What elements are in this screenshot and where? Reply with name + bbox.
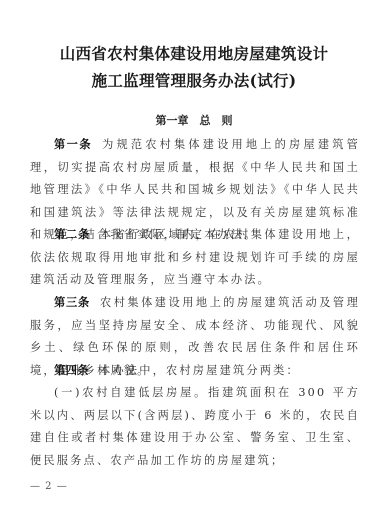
document-title-line-1: 山西省农村集体建设用地房屋建筑设计 bbox=[0, 42, 388, 64]
document-page: 山西省农村集体建设用地房屋建筑设计 施工监理管理服务办法(试行) 第一章 总 则… bbox=[0, 0, 388, 517]
article-4: 第四条本办法中，农村房屋建筑分两类： bbox=[30, 360, 360, 383]
article-3-label: 第三条 bbox=[54, 296, 90, 309]
article-4-item-1: (一)农村自建低层房屋。指建筑面积在 300 平方米以内、两层以下(含两层)、跨… bbox=[30, 382, 360, 472]
article-2: 第二条本省行政区域内，在农村集体建设用地上，依法依规取得用地审批和乡村建设规划许… bbox=[30, 224, 360, 292]
article-4-text: 本办法中，农村房屋建筑分两类： bbox=[99, 364, 300, 377]
page-number: — 2 — bbox=[30, 481, 68, 492]
document-title-line-2: 施工监理管理服务办法(试行) bbox=[0, 69, 388, 91]
article-1-label: 第一条 bbox=[54, 138, 92, 151]
chapter-heading: 第一章 总 则 bbox=[0, 112, 388, 128]
article-2-label: 第二条 bbox=[54, 228, 90, 241]
article-4-label: 第四条 bbox=[54, 364, 89, 377]
